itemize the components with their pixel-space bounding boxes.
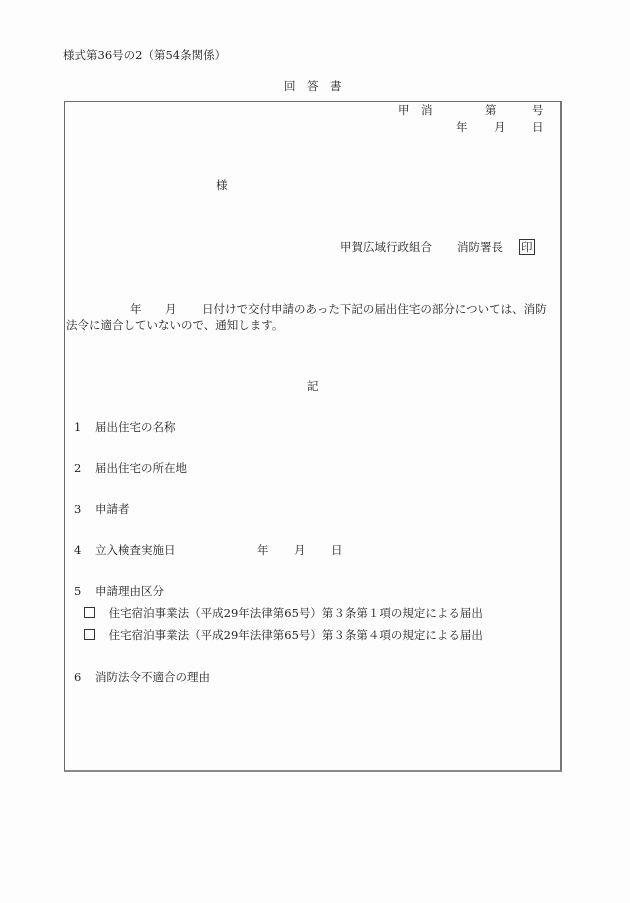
item-5-number: 5	[74, 584, 81, 598]
addressee-honorific: 様	[216, 178, 228, 192]
reason-option-2[interactable]: 住宅宿泊事業法（平成29年法律第65号）第３条第４項の規定による届出	[84, 628, 483, 642]
item-4-label: 立入検査実施日	[95, 543, 176, 557]
item-2-number: 2	[74, 461, 81, 475]
date-month: 月	[494, 120, 506, 134]
notes-heading: 記	[307, 379, 319, 393]
body-line2: 法令に適合していないので、通知します。	[66, 318, 283, 332]
issuer-code: 甲 消	[398, 103, 433, 117]
item-6-label: 消防法令不適合の理由	[95, 670, 210, 684]
document-title: 回 答 書	[284, 79, 342, 93]
checkbox-icon[interactable]	[84, 629, 95, 640]
reason-option-1-label: 住宅宿泊事業法（平成29年法律第65号）第３条第１項の規定による届出	[109, 606, 483, 620]
body-year: 年	[130, 302, 142, 316]
item-2-label: 届出住宅の所在地	[95, 461, 187, 475]
item-6-number: 6	[74, 670, 81, 684]
item-3-number: 3	[74, 502, 81, 516]
body-month: 月	[165, 302, 177, 316]
item-1-label: 届出住宅の名称	[95, 420, 176, 434]
checkbox-icon[interactable]	[84, 607, 95, 618]
reason-option-2-label: 住宅宿泊事業法（平成29年法律第65号）第３条第４項の規定による届出	[109, 628, 483, 642]
inspection-month: 月	[294, 543, 306, 557]
date-day: 日	[532, 120, 544, 134]
reason-option-1[interactable]: 住宅宿泊事業法（平成29年法律第65号）第３条第１項の規定による届出	[84, 606, 483, 620]
number-label: 第	[485, 103, 497, 117]
item-1-number: 1	[74, 420, 81, 434]
item-3-label: 申請者	[95, 502, 130, 516]
seal-mark: 印	[519, 240, 535, 254]
form-number: 様式第36号の2（第54条関係）	[63, 48, 226, 62]
inspection-day: 日	[331, 543, 343, 557]
body-line1: 日付けで交付申請のあった下記の届出住宅の部分については、消防	[202, 302, 547, 316]
number-suffix: 号	[532, 103, 544, 117]
seal-label: 印	[519, 239, 535, 255]
date-year: 年	[456, 120, 468, 134]
sender-title: 消防署長	[457, 240, 503, 254]
sender-organization: 甲賀広域行政組合	[340, 240, 432, 254]
inspection-year: 年	[257, 543, 269, 557]
item-5-label: 申請理由区分	[95, 584, 164, 598]
item-4-number: 4	[74, 543, 81, 557]
